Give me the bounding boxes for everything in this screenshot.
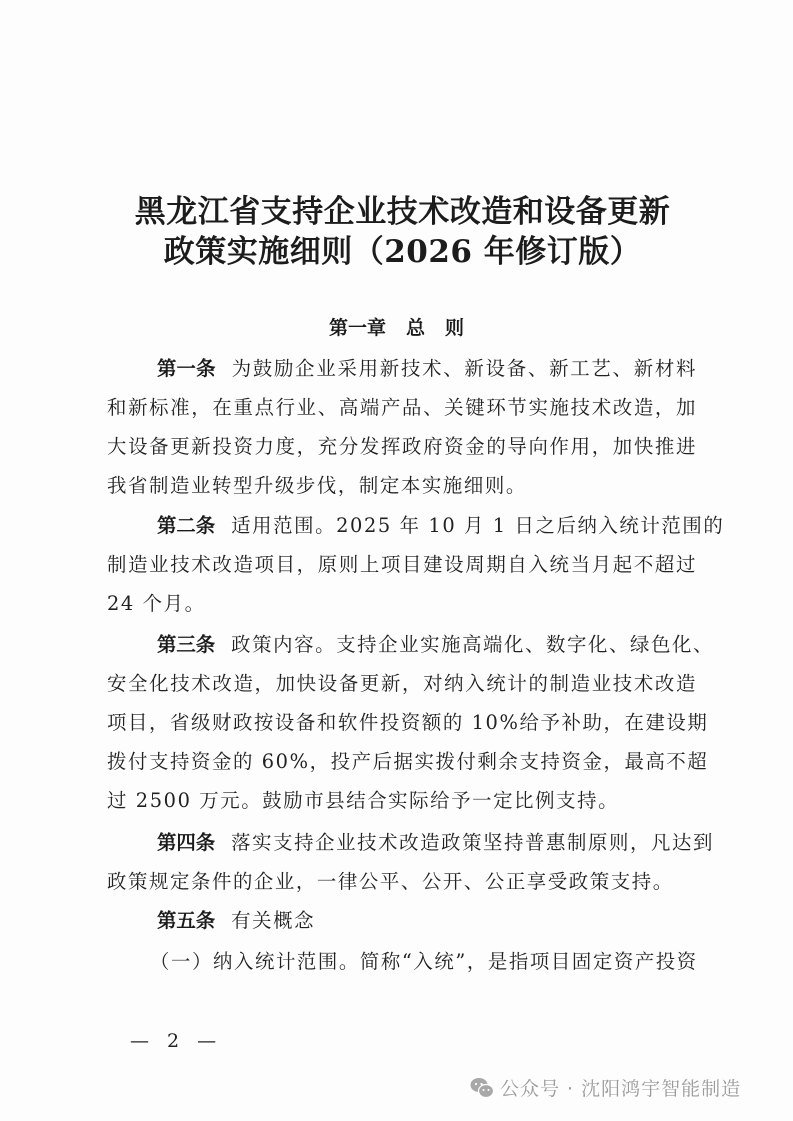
article-5-line-1: 第五条有关概念 (157, 909, 697, 933)
article-3-line-1: 第三条政策内容。支持企业实施高端化、数字化、绿色化、 (157, 633, 697, 657)
article-2-line-3: 24 个月。 (107, 592, 697, 616)
item-1-line-1: （一）纳入统计范围。简称“入统”，是指项目固定资产投资 (150, 950, 697, 974)
article-4-line-1: 第四条落实支持企业技术改造政策坚持普惠制原则，凡达到 (157, 831, 697, 855)
document-title-line-1: 黑龙江省支持企业技术改造和设备更新 (6, 186, 793, 231)
chapter-name-part-1: 总 (406, 317, 425, 339)
article-label: 第三条 (157, 633, 215, 656)
article-text: 有关概念 (231, 909, 315, 932)
document-page: 黑龙江省支持企业技术改造和设备更新 政策实施细则（2026 年修订版） 第一章总… (0, 0, 793, 1121)
page-number: — 2 — (130, 1030, 222, 1052)
article-3-line-4: 拨付支持资金的 60%，投产后据实拨付剩余支持资金，最高不超 (107, 750, 697, 774)
article-text: 政策内容。支持企业实施高端化、数字化、绿色化、 (231, 633, 714, 656)
article-1-line-4: 我省制造业转型升级步伐，制定本实施细则。 (107, 474, 697, 498)
article-text: 为鼓励企业采用新技术、新设备、新工艺、新材料 (232, 357, 697, 380)
article-4-line-2: 政策规定条件的企业，一律公平、公开、公正享受政策支持。 (107, 870, 697, 894)
article-text: 落实支持企业技术改造政策坚持普惠制原则，凡达到 (231, 831, 714, 854)
article-2-line-2: 制造业技术改造项目，原则上项目建设周期自入统当月起不超过 (107, 553, 697, 577)
article-label: 第一条 (157, 357, 216, 380)
article-3-line-2: 安全化技术改造，加快设备更新，对纳入统计的制造业技术改造 (107, 672, 697, 696)
article-1-line-3: 大设备更新投资力度，充分发挥政府资金的导向作用，加快推进 (107, 435, 697, 459)
watermark-text: 公众号 · 沈阳鸿宇智能制造 (500, 1074, 741, 1101)
wechat-watermark: 公众号 · 沈阳鸿宇智能制造 (470, 1074, 741, 1101)
chapter-label: 第一章 (329, 317, 386, 339)
article-label: 第五条 (157, 909, 215, 932)
article-2-line-1: 第二条适用范围。2025 年 10 月 1 日之后纳入统计范围的 (157, 514, 697, 538)
chapter-name-part-2: 则 (445, 317, 464, 339)
chapter-heading: 第一章总则 (0, 313, 793, 340)
article-label: 第四条 (157, 831, 215, 854)
article-text: 适用范围。2025 年 10 月 1 日之后纳入统计范围的 (231, 514, 724, 537)
article-3-line-5: 过 2500 万元。鼓励市县结合实际给予一定比例支持。 (107, 789, 697, 813)
article-1-line-2: 和新标准，在重点行业、高端产品、关键环节实施技术改造，加 (107, 396, 697, 420)
wechat-icon (470, 1077, 494, 1099)
article-3-line-3: 项目，省级财政按设备和软件投资额的 10%给予补助，在建设期 (107, 711, 697, 735)
article-label: 第二条 (157, 514, 215, 537)
article-1-line-1: 第一条为鼓励企业采用新技术、新设备、新工艺、新材料 (157, 357, 697, 381)
document-title-line-2: 政策实施细则（2026 年修订版） (6, 226, 793, 271)
